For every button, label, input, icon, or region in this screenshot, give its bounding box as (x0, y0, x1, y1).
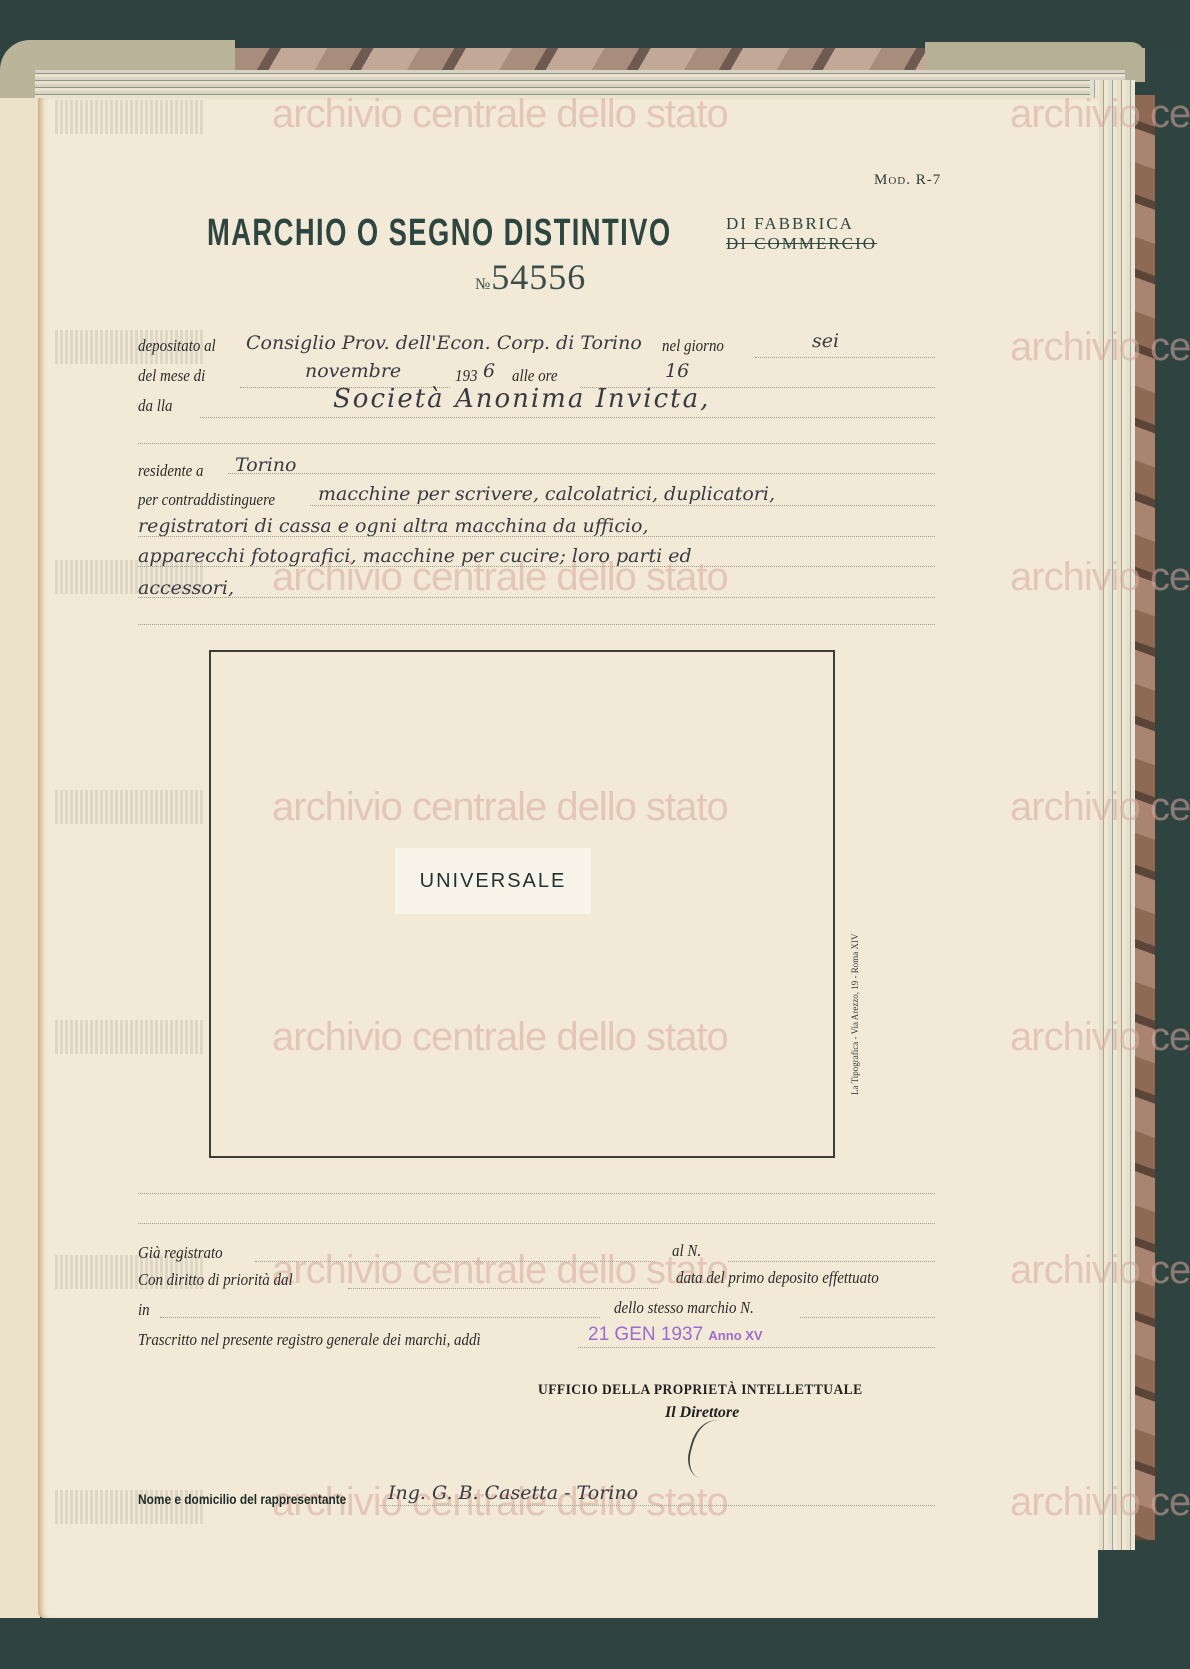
watermark: archivio cen (1010, 555, 1190, 600)
year-prefix: 193 (455, 366, 477, 386)
dotted-line (348, 1288, 658, 1289)
left-page-edge (0, 98, 40, 1618)
deposit-label: depositato al (138, 336, 216, 356)
first-deposit-label: data del primo deposito effettuato (676, 1268, 879, 1288)
year-suffix: 6 (483, 360, 495, 382)
number-value: 54556 (491, 257, 586, 297)
stamp-date: 21 GEN 1937 (588, 1324, 703, 1345)
applicant-name: Società Anonima Invicta, (333, 384, 710, 414)
purpose-line: apparecchi fotografici, macchine per cuc… (138, 545, 692, 567)
archive-logo-watermark (55, 790, 205, 824)
month-label: del mese di (138, 366, 205, 386)
watermark: archivio cen (1010, 1248, 1190, 1293)
already-registered-label: Già registrato (138, 1243, 223, 1263)
dotted-line (310, 505, 935, 506)
registration-number: №54556 (475, 256, 586, 298)
priority-label: Con diritto di priorità dal (138, 1270, 293, 1290)
watermark: archivio centrale dello stato (272, 1248, 728, 1293)
subtitle-fabbrica: DI FABBRICA (726, 214, 877, 234)
stamp-era: Anno XV (708, 1328, 762, 1343)
document-subtitle: DI FABBRICA DI COMMERCIO (726, 214, 877, 254)
dotted-line (755, 357, 935, 358)
dotted-line (380, 1505, 935, 1506)
date-stamp: 21 GEN 1937 Anno XV (588, 1324, 763, 1346)
office-name: UFFICIO DELLA PROPRIETÀ INTELLETTUALE (538, 1382, 863, 1399)
deposit-value: Consiglio Prov. dell'Econ. Corp. di Tori… (246, 332, 642, 354)
number-sign: № (475, 276, 491, 293)
purpose-line: accessori, (138, 577, 234, 599)
hour-label: alle ore (512, 366, 558, 386)
trademark-text: UNIVERSALE (420, 870, 567, 893)
trademark-label: UNIVERSALE (395, 848, 591, 914)
dotted-line (138, 1193, 935, 1194)
transcribed-label: Trascritto nel presente registro general… (138, 1330, 481, 1350)
watermark: archivio cen (1010, 92, 1190, 137)
purpose-line: macchine per scrivere, calcolatrici, dup… (318, 483, 775, 505)
dotted-line (138, 566, 935, 567)
dotted-line (138, 1223, 935, 1224)
watermark: archivio cen (1010, 325, 1190, 370)
dotted-line (800, 1317, 935, 1318)
representative-label: Nome e domicilio del rappresentante (138, 1491, 346, 1507)
dotted-line (228, 473, 935, 474)
month-value: novembre (305, 360, 401, 382)
at-number-label: al N. (672, 1241, 701, 1261)
in-label: in (138, 1300, 150, 1320)
archive-logo-watermark (55, 100, 205, 134)
dotted-line (160, 1317, 600, 1318)
watermark: archivio centrale dello stato (272, 92, 728, 137)
from-label: da lla (138, 396, 172, 416)
dotted-line (138, 624, 935, 625)
watermark: archivio cen (1010, 1015, 1190, 1060)
representative-value: Ing. G. B. Casetta - Torino (388, 1482, 638, 1504)
hour-value: 16 (665, 360, 689, 382)
residence-label: residente a (138, 461, 204, 481)
dotted-line (255, 1261, 655, 1262)
dotted-line (200, 417, 935, 418)
dotted-line (728, 1261, 935, 1262)
printer-note: La Tipografica - Via Arezzo, 19 - Roma X… (850, 905, 860, 1095)
day-value: sei (812, 330, 839, 352)
purpose-line: registratori di cassa e ogni altra macch… (138, 515, 649, 537)
dotted-line (578, 1347, 935, 1348)
purpose-label: per contraddistinguere (138, 490, 275, 510)
watermark: archivio cen (1010, 1480, 1190, 1525)
day-label: nel giorno (662, 336, 724, 356)
same-mark-label: dello stesso marchio N. (614, 1298, 754, 1318)
dotted-line (138, 443, 935, 444)
director-role: Il Direttore (665, 1404, 739, 1422)
dotted-line (138, 597, 935, 598)
document-title: MARCHIO O SEGNO DISTINTIVO (207, 212, 672, 255)
subtitle-commercio-struck: DI COMMERCIO (726, 234, 877, 254)
dotted-line (138, 536, 935, 537)
archive-logo-watermark (55, 1020, 205, 1054)
watermark: archivio cen (1010, 785, 1190, 830)
form-code: Mod. R-7 (874, 172, 941, 189)
